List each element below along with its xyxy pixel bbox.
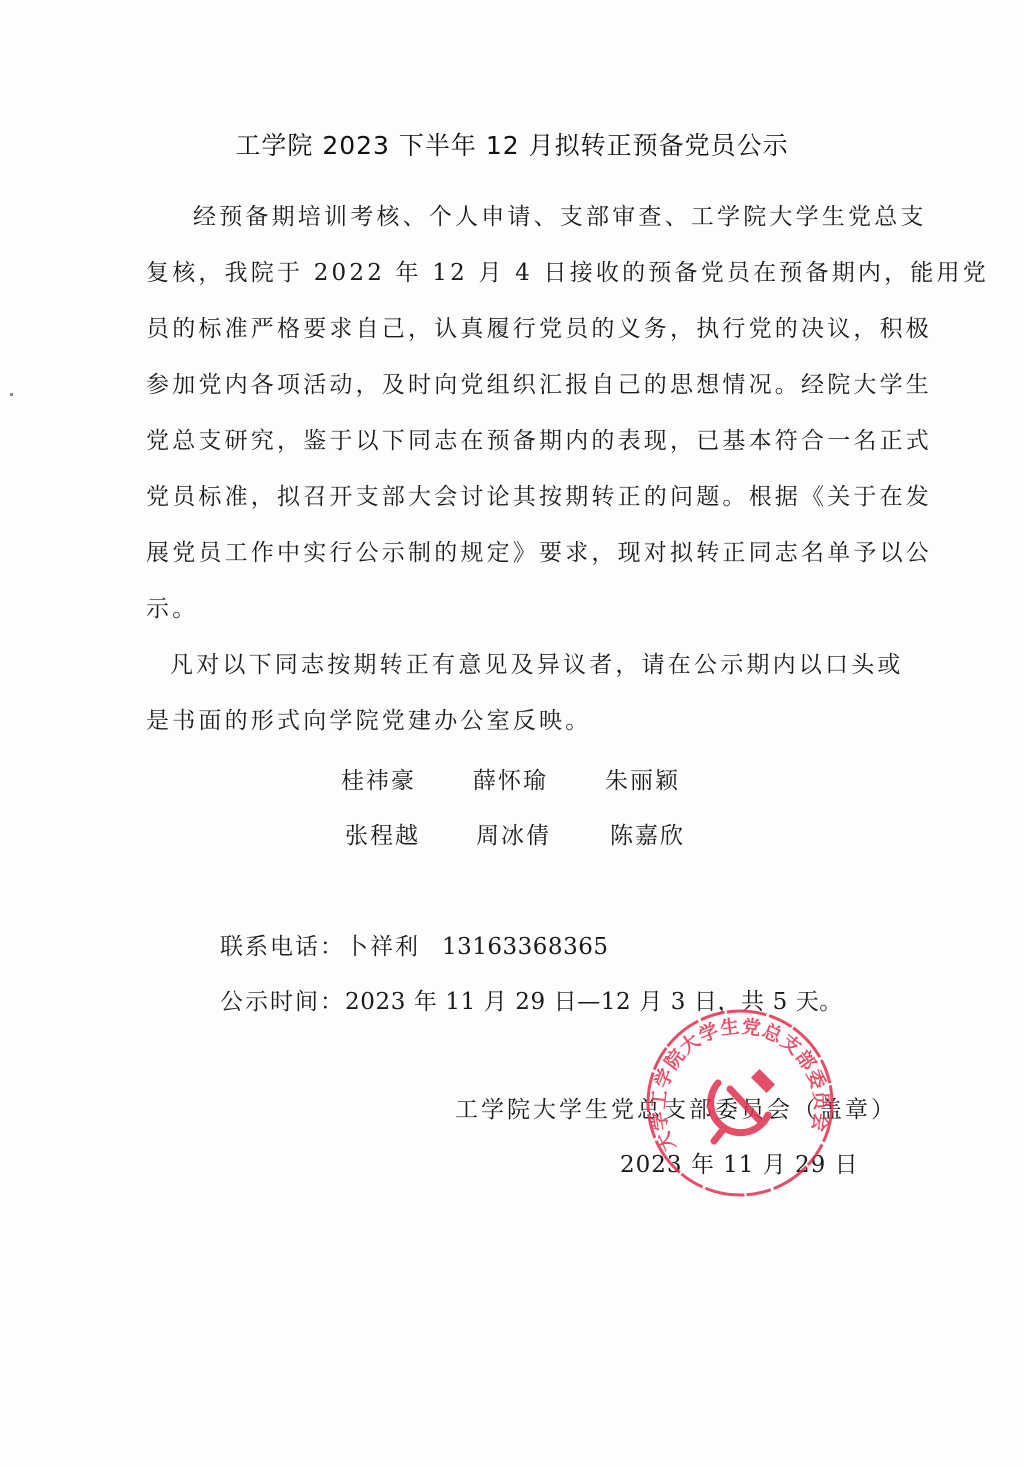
seal-text: 大学工学院大学生党总支部委员会 xyxy=(647,1014,834,1155)
name-6: 陈嘉欣 xyxy=(610,817,685,850)
name-1: 桂祎豪 xyxy=(341,762,416,795)
signature-organization: 工学院大学生党总支部委员会（盖章） xyxy=(455,1091,897,1124)
publicity-period-line: 公示时间：2023 年 11 月 29 日—12 月 3 日，共 5 天。 xyxy=(220,983,843,1016)
publicity-period-value: 2023 年 11 月 29 日—12 月 3 日，共 5 天。 xyxy=(345,989,843,1015)
contact-person: 卜祥利 xyxy=(345,934,420,960)
scan-speck xyxy=(10,393,13,396)
contact-phone: 13163368365 xyxy=(442,934,608,960)
name-4: 张程越 xyxy=(345,817,420,850)
paragraph-1-line-3: 员的标准严格要求自己，认真履行党员的义务，执行党的决议，积极 xyxy=(146,310,932,343)
contact-label: 联系电话： xyxy=(220,934,345,960)
paragraph-1-line-1: 经预备期培训考核、个人申请、支部审查、工学院大学生党总支 xyxy=(193,198,927,231)
name-2: 薛怀瑜 xyxy=(473,762,548,795)
contact-line: 联系电话：卜祥利13163368365 xyxy=(220,928,608,961)
paragraph-1-line-4: 参加党内各项活动，及时向党组织汇报自己的思想情况。经院大学生 xyxy=(146,366,932,399)
document-title: 工学院 2023 下半年 12 月拟转正预备党员公示 xyxy=(0,126,1024,162)
paragraph-2-line-2: 是书面的形式向学院党建办公室反映。 xyxy=(146,702,591,735)
paragraph-1-line-7: 展党员工作中实行公示制的规定》要求，现对拟转正同志名单予以公 xyxy=(146,534,932,567)
signature-date: 2023 年 11 月 29 日 xyxy=(620,1146,859,1179)
svg-text:大学工学院大学生党总支部委员会: 大学工学院大学生党总支部委员会 xyxy=(647,1014,834,1155)
name-3: 朱丽颖 xyxy=(605,762,680,795)
name-5: 周冰倩 xyxy=(476,817,551,850)
publicity-period-label: 公示时间： xyxy=(220,989,345,1015)
paragraph-1-line-5: 党总支研究，鉴于以下同志在预备期内的表现，已基本符合一名正式 xyxy=(146,422,932,455)
paragraph-2-line-1: 凡对以下同志按期转正有意见及异议者，请在公示期内以口头或 xyxy=(170,646,904,679)
document-page: 工学院 2023 下半年 12 月拟转正预备党员公示 经预备期培训考核、个人申请… xyxy=(0,0,1024,1467)
paragraph-1-line-8: 示。 xyxy=(146,590,198,623)
paragraph-1-line-2: 复核，我院于 2022 年 12 月 4 日接收的预备党员在预备期内，能用党 xyxy=(146,254,989,287)
paragraph-1-line-6: 党员标准，拟召开支部大会讨论其按期转正的问题。根据《关于在发 xyxy=(146,478,932,511)
